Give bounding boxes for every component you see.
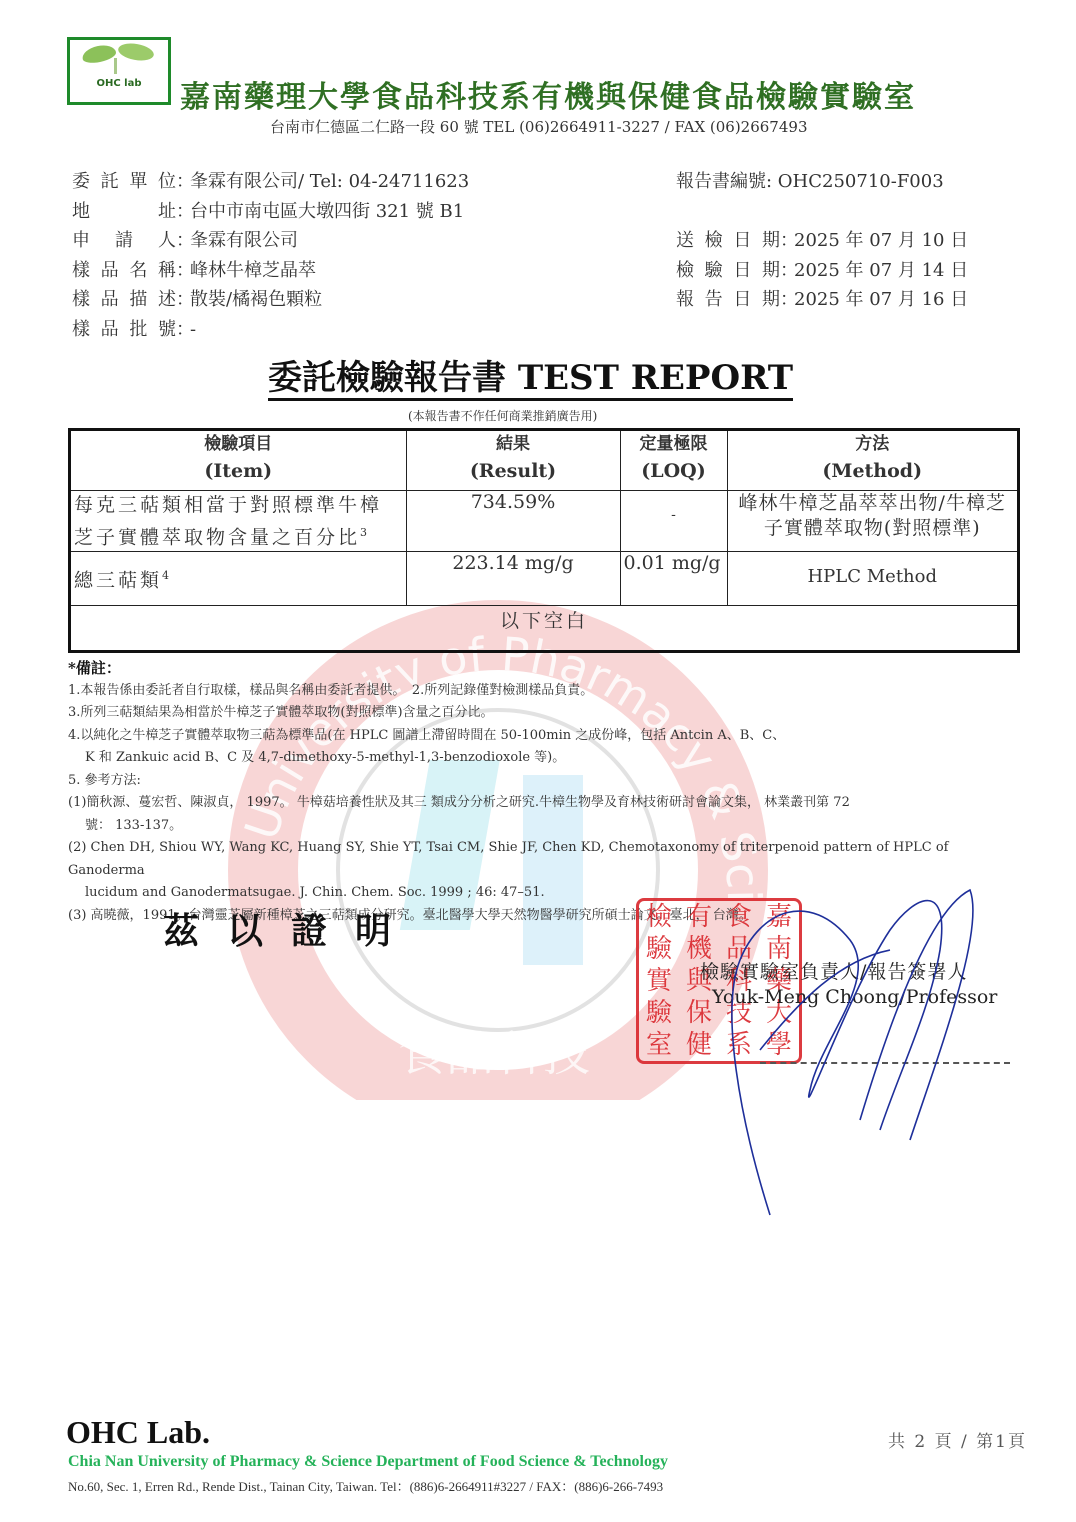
- note-line: K 和 Zankuic acid B、C 及 4,7-dimethoxy-5-m…: [68, 747, 1028, 770]
- note-line: 3.所列三萜類結果為相當於牛樟芝子實體萃取物(對照標準)含量之百分比。: [68, 702, 1028, 725]
- method-cell: HPLC Method: [727, 551, 1017, 605]
- table-header-row: 檢驗項目(Item) 結果(Result) 定量極限(LOQ) 方法(Metho…: [71, 431, 1017, 490]
- loq-cell: -: [620, 490, 727, 551]
- col-header-loq: 定量極限(LOQ): [620, 431, 727, 490]
- page-indicator: 共 2 頁 / 第1頁: [888, 1427, 1027, 1452]
- date-tested: 檢驗日期：2025 年 07 月 14 日: [676, 256, 968, 286]
- info-row-client: 委託單位：夆霖有限公司/ Tel: 04-24711623: [72, 167, 469, 197]
- info-row-applicant: 申 請 人：夆霖有限公司: [72, 226, 469, 256]
- col-header-result: 結果(Result): [406, 431, 620, 490]
- logo-text: OHC lab: [70, 78, 168, 89]
- item-cell: 總三萜類4: [71, 551, 406, 605]
- lab-name: 嘉南藥理大學食品科技系有機與保健食品檢驗實驗室: [180, 72, 916, 116]
- note-line: 1.本報告係由委託者自行取樣，樣品與名稱由委託者提供。 2.所列記錄僅對檢測樣品…: [68, 680, 1028, 703]
- col-header-method: 方法(Method): [727, 431, 1017, 490]
- date-reported: 報告日期：2025 年 07 月 16 日: [676, 285, 968, 315]
- svg-text:食品科技: 食品科技: [398, 1026, 590, 1082]
- item-cell: 每克三萜類相當于對照標準牛樟芝子實體萃取物含量之百分比3: [71, 490, 406, 551]
- info-row-address: 地 址：台中市南屯區大墩四街 321 號 B1: [72, 197, 469, 227]
- seal-char: 室: [639, 1029, 679, 1061]
- loq-cell: 0.01 mg/g: [620, 551, 727, 605]
- info-row-sample-desc: 樣品描述：散裝/橘褐色顆粒: [72, 285, 469, 315]
- notes-title: *備註：: [68, 657, 1028, 680]
- disclaimer: (本報告書不作任何商業推銷廣告用): [408, 407, 597, 424]
- footer-university: Chia Nan University of Pharmacy & Scienc…: [68, 1453, 668, 1471]
- method-cell: 峰林牛樟芝晶萃萃出物/牛樟芝子實體萃取物(對照標準): [727, 490, 1017, 551]
- footer-brand: OHC Lab.: [66, 1414, 210, 1451]
- note-line: 5. 參考方法:: [68, 770, 1028, 793]
- leaf-icon: [117, 41, 155, 63]
- seal-char: 實: [639, 965, 679, 997]
- table-blank-row: 以下空白: [71, 605, 1017, 650]
- reference-line: 號： 133-137。: [68, 815, 1028, 838]
- date-submitted: 送檢日期：2025 年 07 月 10 日: [676, 226, 968, 256]
- seal-char: 驗: [639, 997, 679, 1029]
- report-title: 委託檢驗報告書 TEST REPORT: [268, 358, 793, 401]
- handwritten-signature: [700, 870, 980, 1220]
- table-row: 每克三萜類相當于對照標準牛樟芝子實體萃取物含量之百分比3 734.59% - 峰…: [71, 490, 1017, 551]
- table-row: 總三萜類4 223.14 mg/g 0.01 mg/g HPLC Method: [71, 551, 1017, 605]
- leaf-icon: [81, 43, 118, 66]
- info-row-batch: 樣品批號：-: [72, 315, 469, 345]
- footer-address: No.60, Sec. 1, Erren Rd., Rende Dist., T…: [68, 1476, 663, 1495]
- ohc-lab-logo: OHC lab: [67, 37, 171, 105]
- result-cell: 223.14 mg/g: [406, 551, 620, 605]
- result-cell: 734.59%: [406, 490, 620, 551]
- report-info: 報告書編號: OHC250710-F003 送檢日期：2025 年 07 月 1…: [676, 167, 968, 315]
- col-header-item: 檢驗項目(Item): [71, 431, 406, 490]
- results-table: 檢驗項目(Item) 結果(Result) 定量極限(LOQ) 方法(Metho…: [68, 428, 1020, 653]
- note-line: 4.以純化之牛樟芝子實體萃取物三萜為標準品(在 HPLC 圖譜上滯留時間在 50…: [68, 725, 1028, 748]
- info-row-sample-name: 樣品名稱：峰林牛樟芝晶萃: [72, 256, 469, 286]
- seal-char: 檢: [639, 901, 679, 933]
- certification-text: 茲以證明: [163, 903, 419, 954]
- reference-line: (1)簡秋源、蔓宏哲、陳淑貞， 1997。 牛樟菇培養性狀及其三 類成分分析之研…: [68, 792, 1028, 815]
- client-info: 委託單位：夆霖有限公司/ Tel: 04-24711623 地 址：台中市南屯區…: [72, 167, 469, 344]
- report-number: 報告書編號: OHC250710-F003: [676, 167, 968, 197]
- seal-char: 驗: [639, 933, 679, 965]
- blank-label: 以下空白: [71, 605, 1017, 650]
- lab-address: 台南市仁德區二仁路一段 60 號 TEL (06)2664911-3227 / …: [270, 116, 807, 137]
